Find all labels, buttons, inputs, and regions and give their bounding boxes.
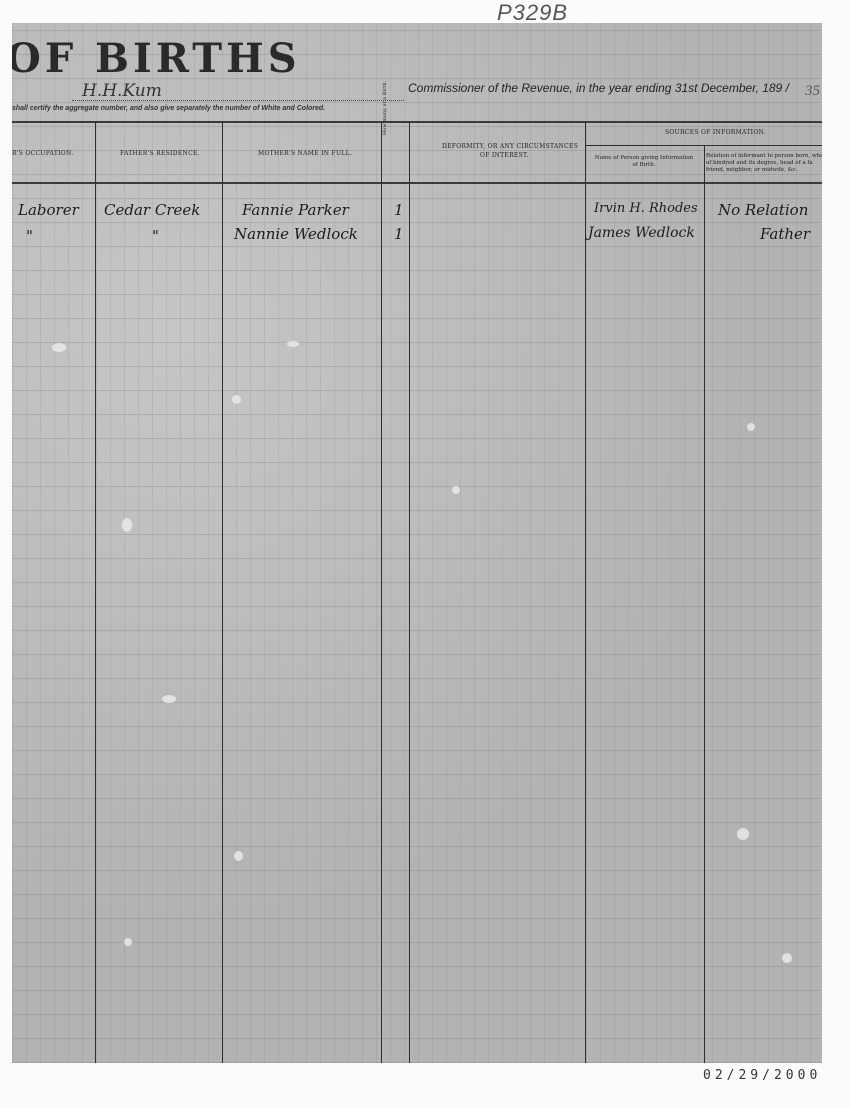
col-mother: MOTHER'S NAME IN FULL. (258, 150, 352, 157)
cell-how-many: 1 (394, 201, 404, 219)
column-divider (409, 122, 410, 1063)
header-bottom-rule (12, 182, 822, 184)
col-how-many: How many at a Birth. (382, 75, 388, 135)
register-sheet: OF BIRTHS H.H.Kum Commissioner of the Re… (12, 23, 822, 1063)
register-title: OF BIRTHS (12, 35, 301, 82)
cell-informant: Irvin H. Rhodes (594, 201, 698, 216)
cell-residence: " (152, 227, 159, 245)
col-occupation: R'S OCCUPATION. (12, 150, 73, 157)
cell-relation: No Relation (718, 201, 808, 219)
col-residence: FATHER'S RESIDENCE. (120, 150, 200, 157)
page-number: 35 (805, 83, 820, 100)
column-divider (222, 122, 223, 1063)
column-divider (95, 122, 96, 1063)
sources-subrule (585, 145, 822, 146)
cell-occupation: Laborer (18, 201, 79, 219)
cell-relation: Father (760, 225, 810, 243)
cell-residence: Cedar Creek (104, 201, 200, 219)
cell-occupation: " (26, 227, 33, 245)
commissioner-signature: H.H.Kum (82, 81, 162, 101)
col-sources: SOURCES OF INFORMATION. (665, 129, 766, 136)
scan-date: 02/29/2000 (703, 1068, 821, 1083)
column-divider (704, 145, 705, 1063)
cell-how-many: 1 (394, 225, 404, 243)
cell-informant: James Wedlock (588, 225, 695, 241)
commissioner-line: Commissioner of the Revenue, in the year… (408, 81, 789, 95)
signature-line (72, 100, 404, 101)
cell-mother: Nannie Wedlock (234, 225, 358, 243)
header-top-rule (12, 121, 822, 123)
column-divider (381, 122, 382, 1063)
col-informant: Name of Person giving Information of Bir… (588, 155, 700, 169)
col-relation: Relation of informant to person born, wh… (706, 153, 822, 174)
column-divider (585, 122, 586, 1063)
col-deformity-1: DEFORMITY, OR ANY CIRCUMSTANCES (442, 143, 578, 150)
instruction-text: shall certify the aggregate number, and … (12, 105, 325, 112)
col-deformity-2: OF INTEREST. (480, 152, 529, 159)
cell-mother: Fannie Parker (242, 201, 349, 219)
